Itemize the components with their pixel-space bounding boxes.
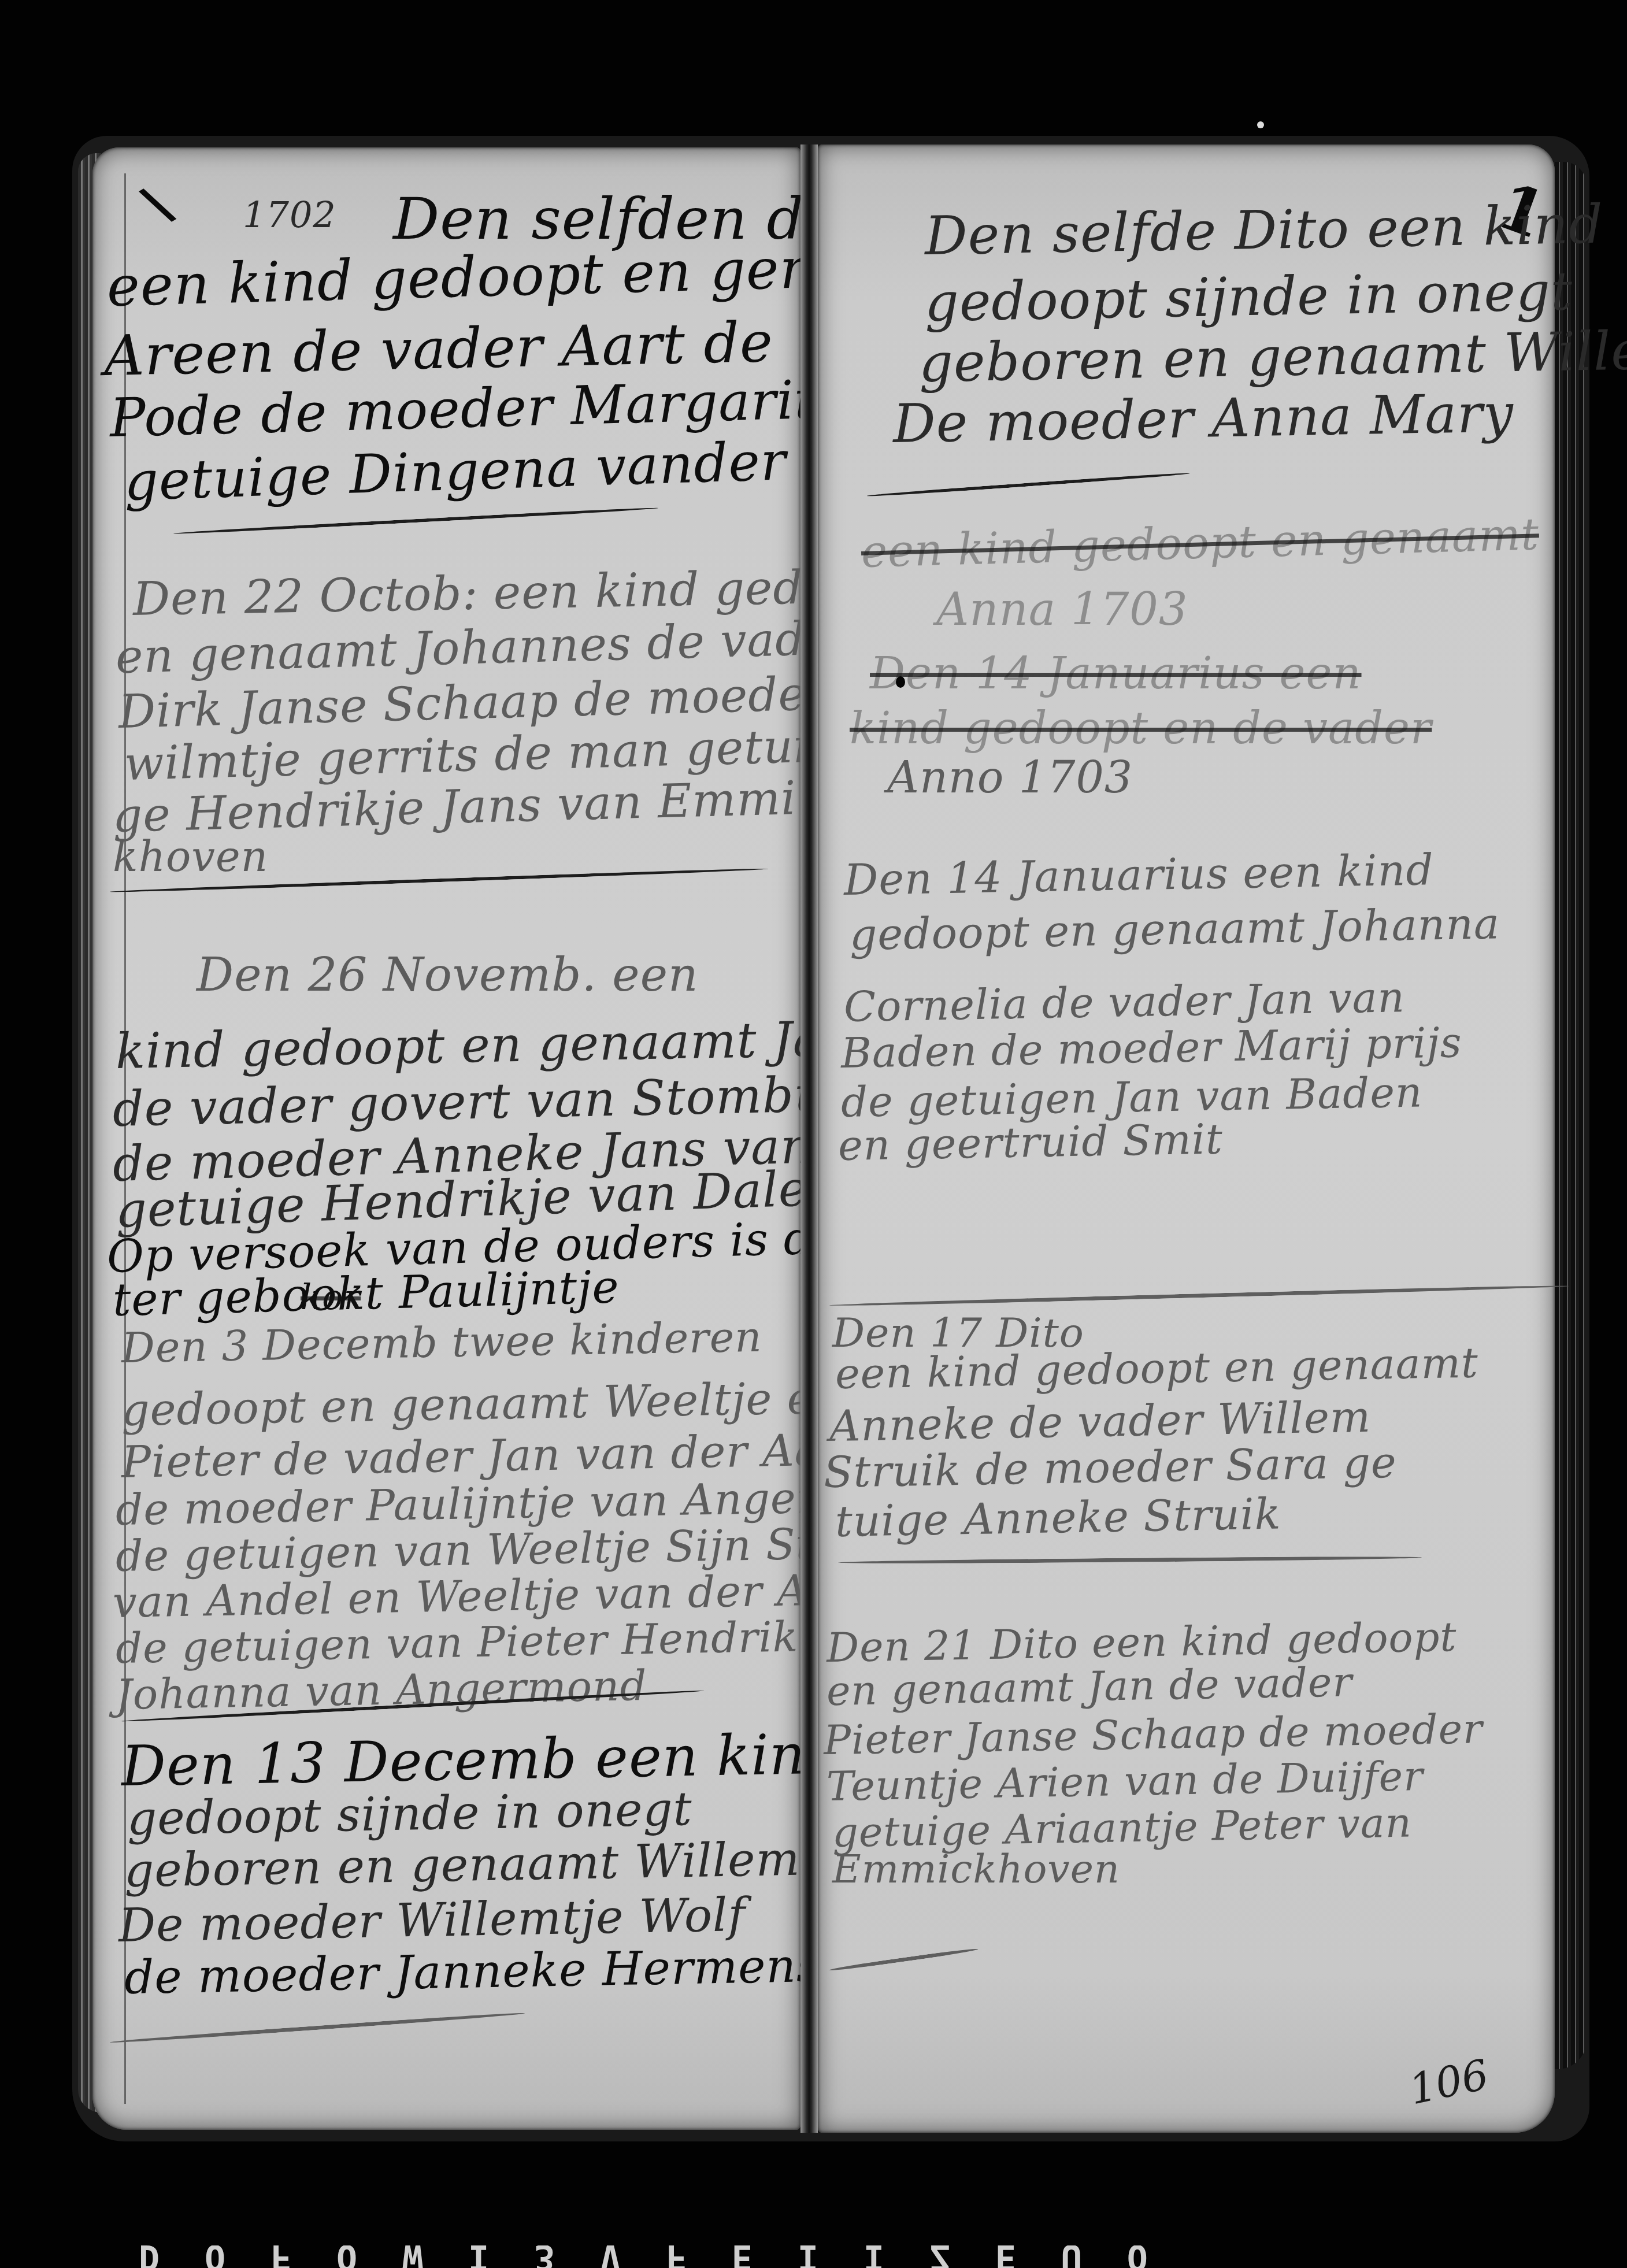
entry-line: Emmickhoven	[832, 1847, 1120, 1892]
entry-line: Johanna van Angermond	[115, 1661, 647, 1719]
film-code-char: 3	[534, 2245, 557, 2268]
film-code-char: W	[402, 2245, 425, 2268]
entry-line: khoven	[113, 832, 268, 881]
film-code-char: V	[600, 2245, 623, 2268]
film-code-char: I	[798, 2245, 821, 2268]
film-code-char: O	[336, 2245, 360, 2268]
film-code-char: U	[1061, 2245, 1084, 2268]
struck-word: kor	[301, 1277, 361, 1318]
entry-line: tuige Anneke Struik	[835, 1489, 1281, 1547]
cancelled-line: kind gedoopt en de vader	[850, 702, 1432, 754]
film-code-char: F	[666, 2245, 689, 2268]
entry-line: en geertruid Smit	[837, 1114, 1223, 1170]
film-code-char: O	[1127, 2245, 1150, 2268]
entry-line: Den 26 Novemb. een	[197, 948, 699, 1002]
film-code-char: I	[863, 2245, 887, 2268]
film-frame-code: D O F O W I 3 V F E I I Z E U O	[139, 2245, 1150, 2268]
cancelled-line: Den 14 Januarius een	[870, 647, 1362, 699]
film-speck	[1257, 121, 1264, 128]
entry-line: Struik de moeder Sara ge	[823, 1438, 1397, 1498]
film-code-char: O	[205, 2245, 228, 2268]
entry-line: Den 14 Januarius een kind	[843, 845, 1434, 905]
film-code-char: E	[732, 2245, 755, 2268]
film-code-char: Z	[929, 2245, 953, 2268]
film-code-char: E	[995, 2245, 1018, 2268]
year-header: 1702	[243, 194, 336, 236]
film-code-char: I	[468, 2245, 491, 2268]
year-heading: Anno 1703	[887, 751, 1133, 803]
film-code-char: F	[270, 2245, 294, 2268]
book-spine	[800, 144, 818, 2133]
entry-line: geboren en genaamt Willem	[918, 319, 1627, 394]
entry-line: Den selfde Dito een kind	[924, 194, 1604, 267]
right-page-stack	[1555, 162, 1587, 2069]
entry-line: De moeder Anna Mary	[892, 382, 1514, 455]
ink-blot	[896, 676, 905, 688]
cancelled-line: Anna 1703	[936, 584, 1188, 636]
entry-line: en genaamt Jan de vader	[826, 1658, 1352, 1715]
film-code-char: D	[139, 2245, 162, 2268]
